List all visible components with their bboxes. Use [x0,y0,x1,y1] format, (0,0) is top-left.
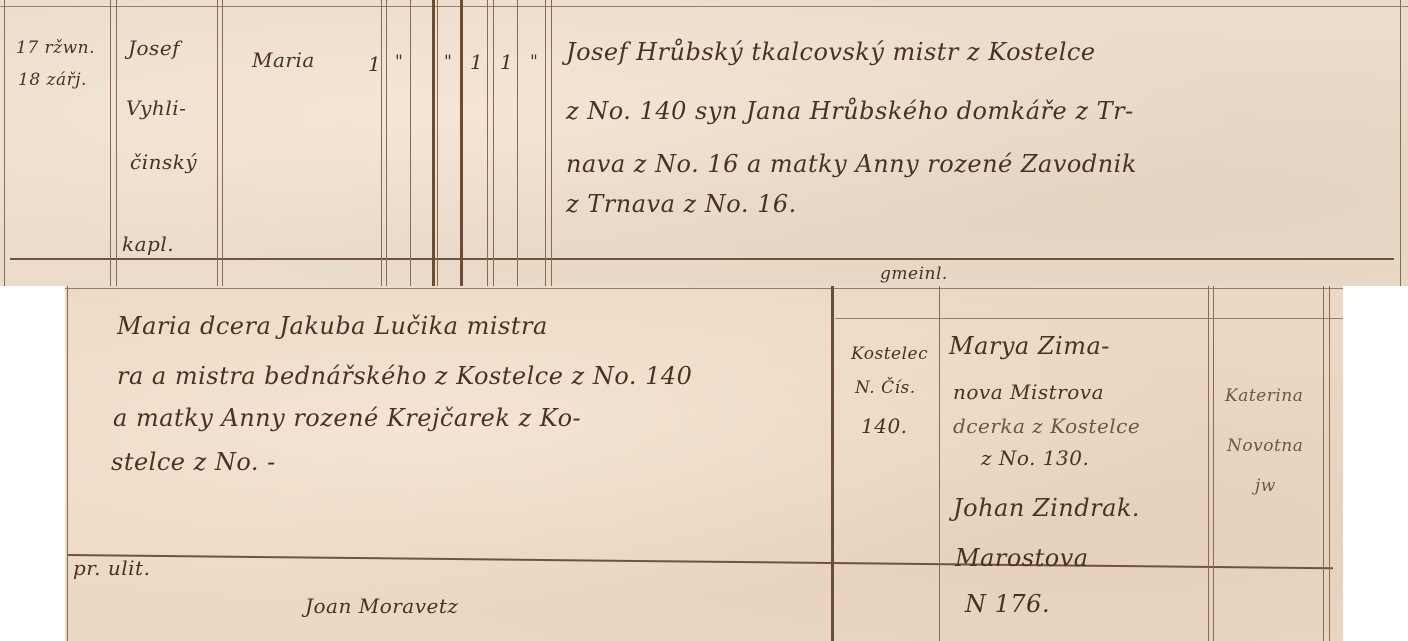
ruled-column [1323,286,1324,641]
ruled-column [437,0,438,286]
mother-text-line-1: Maria dcera Jakuba Lučika mistra [117,312,548,340]
footer-signature: Joan Moravetz [305,594,458,618]
godparents-line-3: dcerka z Kostelce [953,414,1140,438]
officiant-line-2: Vyhli- [126,96,186,120]
officiant-line-3: činský [130,150,197,174]
ruled-column [551,0,552,286]
ruled-column [381,0,382,286]
tally-mark: 1 [500,50,513,74]
ruled-column [1329,286,1330,641]
entry-separator-line [67,554,1333,569]
ruled-column [116,0,117,286]
fragment-text: gmeinl. [880,264,948,284]
ruled-column-bold [460,0,463,286]
mother-text-line-2: ra a mistra bednářského z Kostelce z No.… [117,362,692,390]
house-line-1: Kostelec [851,344,928,364]
tally-mark: 1 [368,52,381,76]
ruled-line [835,318,1343,319]
ruled-column [217,0,218,286]
tally-mark: " [395,52,403,72]
godparents-line-7: N 176. [965,590,1050,618]
ruled-column [1208,286,1209,641]
officiant-line-4: kapl. [122,232,174,256]
ruled-column [1213,286,1214,641]
godparents-line-4: z No. 130. [981,446,1089,470]
register-top-strip: 17 ržwn. 18 zářj. Josef Vyhli- činský ka… [0,0,1408,286]
midwife-line-2: Novotna [1227,436,1303,456]
tally-mark: " [530,52,538,72]
house-line-3: 140. [861,414,908,438]
midwife-line-3: jw [1255,476,1276,496]
parents-text-line-2: z No. 140 syn Jana Hrůbského domkáře z T… [566,97,1134,125]
ruled-column [939,286,940,641]
child-name: Maria [252,48,315,72]
godparents-line-6: Marostova [955,544,1089,572]
parents-text-line-3: nava z No. 16 a matky Anny rozené Zavodn… [566,150,1137,178]
ruled-column-bold [831,286,834,641]
mother-text-line-4: stelce z No. - [111,448,276,476]
godparents-line-5: Johan Zindrak. [953,494,1140,522]
officiant-line-1: Josef [128,36,180,60]
midwife-line-1: Katerina [1225,386,1303,406]
ruled-line [65,288,1343,289]
tally-mark: " [444,52,452,72]
ruled-column [493,0,494,286]
register-bottom-strip: Maria dcera Jakuba Lučika mistra ra a mi… [65,286,1343,641]
ruled-column [487,0,488,286]
entry-date-line-1: 17 ržwn. [16,38,95,58]
godparents-line-1: Marya Zima- [949,332,1110,360]
footer-note: pr. ulit. [73,556,150,580]
tally-mark: 1 [470,50,483,74]
ruled-column [4,0,5,286]
ruled-column [517,0,518,286]
ruled-column [545,0,546,286]
mother-text-line-3: a matky Anny rozené Krejčarek z Ko- [113,404,581,432]
godparents-line-2: nova Mistrova [953,380,1104,404]
parents-text-line-4: z Trnava z No. 16. [566,190,797,218]
ruled-column [67,286,68,641]
ruled-column [1400,0,1401,286]
entry-date-line-2: 18 zářj. [18,70,87,90]
parents-text-line-1: Josef Hrůbský tkalcovský mistr z Kostelc… [566,38,1096,66]
ruled-column [110,0,111,286]
ruled-column [222,0,223,286]
ruled-column [386,0,387,286]
ruled-line [0,6,1408,7]
ruled-column [410,0,411,286]
house-line-2: N. Čís. [855,378,916,398]
ruled-column-bold [432,0,435,286]
